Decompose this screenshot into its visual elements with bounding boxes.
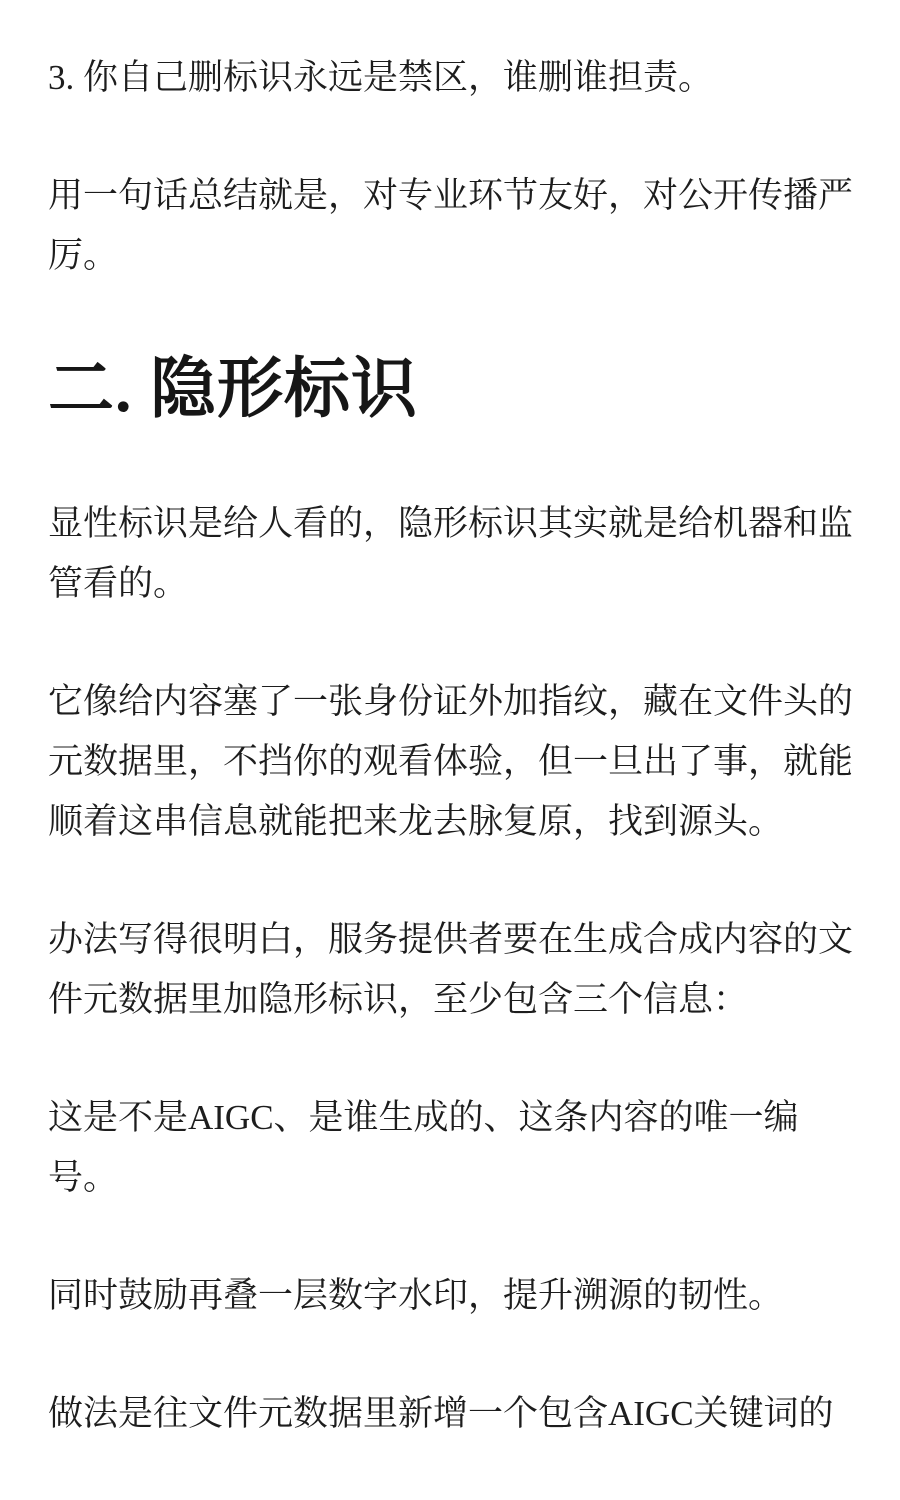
article-body: 3. 你自己删标识永远是禁区，谁删谁担责。 用一句话总结就是，对专业环节友好，对… (0, 0, 900, 1444)
paragraph-line: 管看的。 (48, 564, 188, 603)
paragraph: 3. 你自己删标识永远是禁区，谁删谁担责。 (48, 48, 850, 108)
paragraph-line: 元数据里，不挡你的观看体验，但一旦出了事，就能 (48, 742, 853, 781)
paragraph-line: 厉。 (48, 236, 118, 275)
paragraph-line: 用一句话总结就是，对专业环节友好，对公开传播严 (48, 176, 853, 215)
paragraph: 办法写得很明白，服务提供者要在生成合成内容的文 件元数据里加隐形标识，至少包含三… (48, 910, 850, 1030)
paragraph: 它像给内容塞了一张身份证外加指纹，藏在文件头的 元数据里，不挡你的观看体验，但一… (48, 672, 850, 852)
paragraph: 这是不是AIGC、是谁生成的、这条内容的唯一编 号。 (48, 1088, 850, 1208)
paragraph-line: 这是不是AIGC、是谁生成的、这条内容的唯一编 (48, 1098, 799, 1137)
paragraph-line: 显性标识是给人看的，隐形标识其实就是给机器和监 (48, 504, 853, 543)
paragraph-line: 同时鼓励再叠一层数字水印，提升溯源的韧性。 (48, 1276, 783, 1315)
paragraph-line: 顺着这串信息就能把来龙去脉复原，找到源头。 (48, 802, 783, 841)
paragraph-line: 办法写得很明白，服务提供者要在生成合成内容的文 (48, 920, 853, 959)
section-heading: 二. 隐形标识 (48, 344, 850, 436)
paragraph: 用一句话总结就是，对专业环节友好，对公开传播严 厉。 (48, 166, 850, 286)
paragraph-line: 做法是往文件元数据里新增一个包含AIGC关键词的 (48, 1394, 834, 1433)
paragraph: 做法是往文件元数据里新增一个包含AIGC关键词的 (48, 1384, 850, 1444)
paragraph-line: 号。 (48, 1158, 118, 1197)
paragraph-line: 它像给内容塞了一张身份证外加指纹，藏在文件头的 (48, 682, 853, 721)
paragraph: 显性标识是给人看的，隐形标识其实就是给机器和监 管看的。 (48, 494, 850, 614)
paragraph-line: 件元数据里加隐形标识，至少包含三个信息： (48, 980, 748, 1019)
paragraph-line: 3. 你自己删标识永远是禁区，谁删谁担责。 (48, 58, 713, 97)
paragraph: 同时鼓励再叠一层数字水印，提升溯源的韧性。 (48, 1266, 850, 1326)
